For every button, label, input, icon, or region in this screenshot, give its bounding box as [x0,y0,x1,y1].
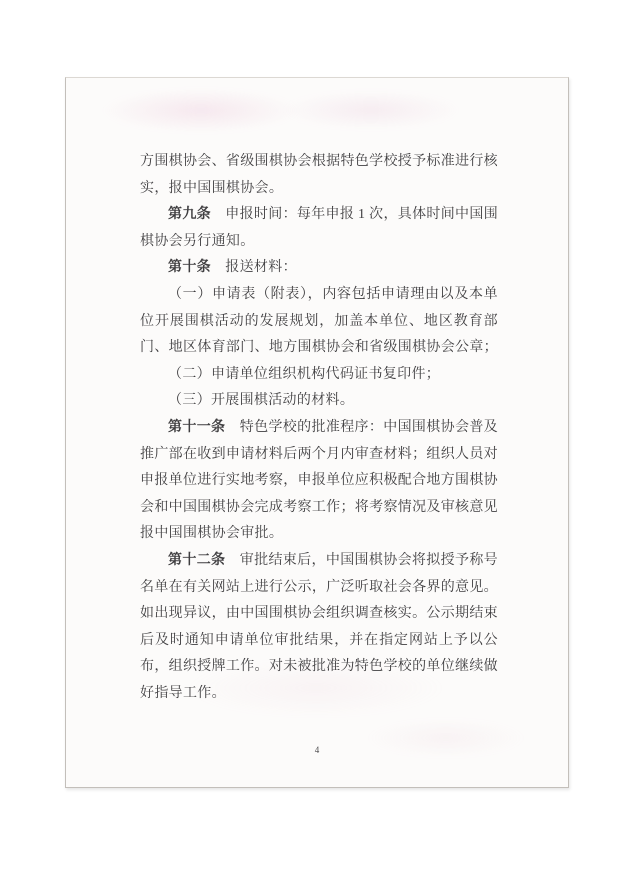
document-body: 方围棋协会、省级围棋协会根据特色学校授予标准进行核实，报中国围棋协会。第九条 申… [66,78,568,707]
paragraph: 第十二条 审批结束后，中国围棋协会将拟授予称号名单在有关网站上进行公示，广泛听取… [140,548,498,708]
paragraph: 第九条 申报时间：每年申报 1 次，具体时间中国围棋协会另行通知。 [140,202,498,255]
paragraph-text: 报送材料： [211,260,297,275]
article-number: 第十二条 [168,553,225,568]
paragraph: （二）申请单位组织机构代码证书复印件； [140,362,498,389]
paragraph: 方围棋协会、省级围棋协会根据特色学校授予标准进行核实，报中国围棋协会。 [140,149,498,202]
paragraph-text: （三）开展围棋活动的材料。 [168,393,354,408]
paragraph: 第十一条 特色学校的批准程序：中国围棋协会普及推广部在收到申请材料后两个月内审查… [140,415,498,548]
paragraph-text: 审批结束后，中国围棋协会将拟授予称号名单在有关网站上进行公示，广泛听取社会各界的… [140,553,498,701]
document-page: 方围棋协会、省级围棋协会根据特色学校授予标准进行核实，报中国围棋协会。第九条 申… [65,77,569,788]
article-number: 第九条 [168,207,211,222]
paragraph-text: （二）申请单位组织机构代码证书复印件； [168,367,440,382]
paragraph-text: （一）申请表（附表），内容包括申请理由以及本单位开展围棋活动的发展规划，加盖本单… [140,287,498,355]
paragraph: （三）开展围棋活动的材料。 [140,388,498,415]
paragraph-text: 方围棋协会、省级围棋协会根据特色学校授予标准进行核实，报中国围棋协会。 [140,154,498,196]
paragraph: 第十条 报送材料： [140,255,498,282]
article-number: 第十条 [168,260,211,275]
paragraph: （一）申请表（附表），内容包括申请理由以及本单位开展围棋活动的发展规划，加盖本单… [140,282,498,362]
article-number: 第十一条 [168,420,225,435]
scan-background: 方围棋协会、省级围棋协会根据特色学校授予标准进行核实，报中国围棋协会。第九条 申… [0,0,621,877]
paragraph-text: 特色学校的批准程序：中国围棋协会普及推广部在收到申请材料后两个月内审查材料；组织… [140,420,498,541]
page-number: 4 [66,745,568,755]
